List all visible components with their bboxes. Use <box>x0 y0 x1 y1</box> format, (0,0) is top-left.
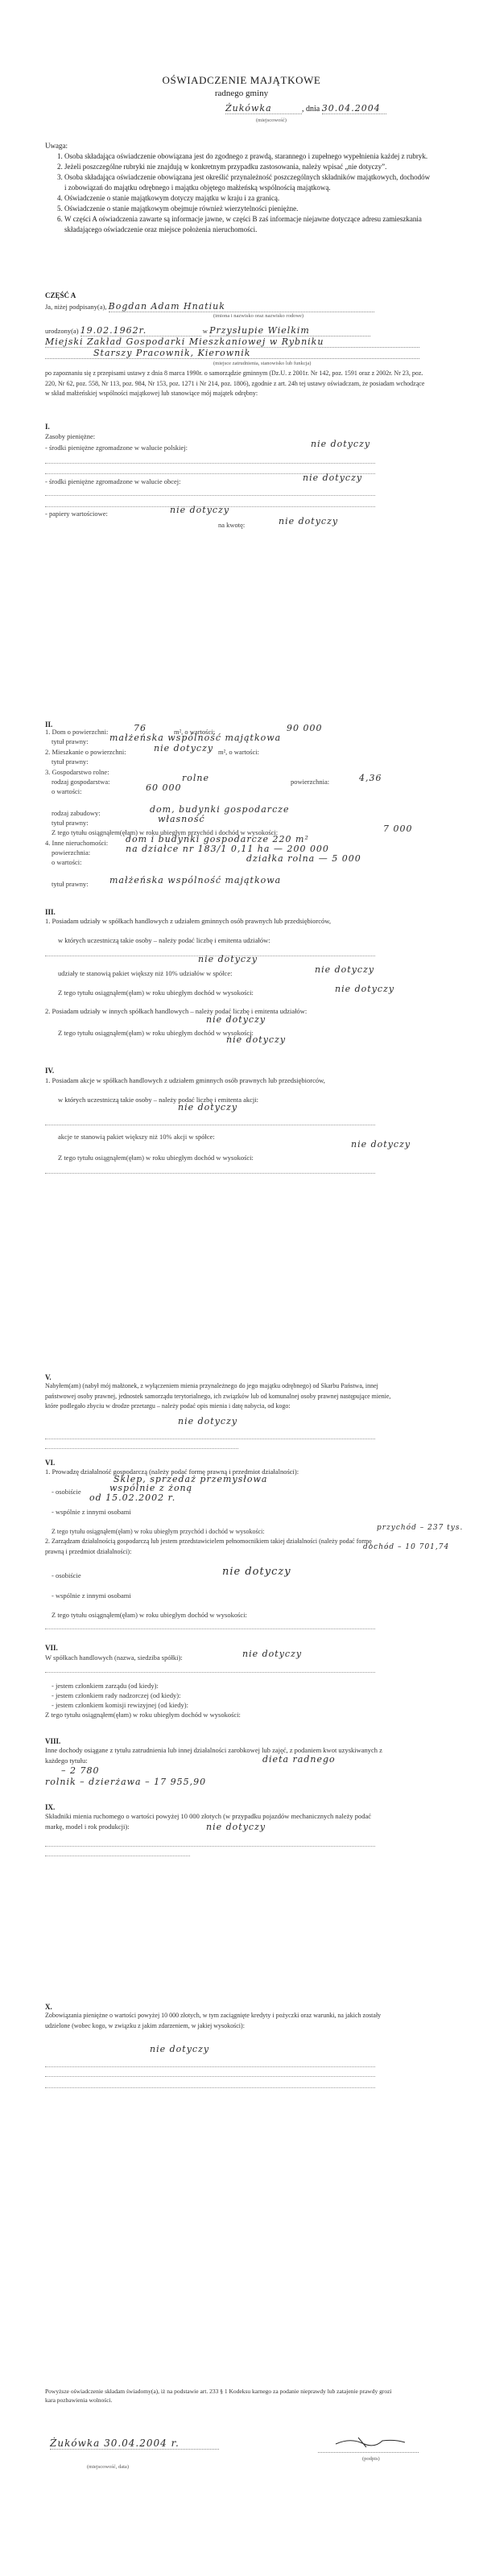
s10-value: nie dotyczy <box>150 2045 209 2054</box>
note-item: Oświadczenie o stanie majątkowym dotyczy… <box>64 193 431 204</box>
other-title-label: tytuł prawny: <box>45 880 89 888</box>
section-1-heading: I. <box>45 423 50 431</box>
note-item: Jeżeli poszczególne rubryki nie znajdują… <box>64 162 431 172</box>
born-in-label: w <box>203 327 208 335</box>
signature-caption: (podpis) <box>362 2456 380 2462</box>
section-4-heading: IV. <box>45 1067 54 1075</box>
section-5-text: Nabyłem(am) (nabył mój małżonek, z wyłąc… <box>45 1381 399 1412</box>
s7-supervisory-label: - jestem członkiem rady nadzorczej (od k… <box>45 1691 181 1699</box>
section-1-intro: Zasoby pieniężne: <box>45 431 95 442</box>
farm-worth-label: o wartości: <box>45 787 82 795</box>
buildings-label: rodzaj zabudowy: <box>45 809 101 817</box>
s7-company-value: nie dotyczy <box>242 1649 302 1659</box>
blank-line <box>45 1671 375 1673</box>
section-8-heading: VIII. <box>45 1737 60 1745</box>
date-value: 30.04.2004 <box>322 103 386 114</box>
employment-line-1: Miejski Zakład Gospodarki Mieszkaniowej … <box>45 336 419 348</box>
amount-label: na kwotę: <box>218 520 245 530</box>
other-title-row: tytuł prawny: małżeńska wspólność majątk… <box>45 879 443 889</box>
section-6-p2: 2. Zarządzam działalnością gospodarczą l… <box>45 1536 383 1557</box>
blank-line <box>45 1124 375 1125</box>
house-label: 1. Dom o powierzchni: <box>45 728 108 736</box>
signer-label: Ja, niżej podpisany(a), <box>45 303 106 311</box>
farm-area-label: powierzchnia: <box>291 777 329 786</box>
house-title-label: tytuł prawny: <box>45 737 89 745</box>
s4-p1-value: nie dotyczy <box>178 1103 237 1113</box>
s6-personal-label: - osobiście <box>45 1488 81 1496</box>
s3-p2-value: nie dotyczy <box>206 1015 266 1025</box>
other-extra-value: działka rolna — 5 000 <box>246 854 361 864</box>
s6-p2-jointly-row: - wspólnie z innymi osobami <box>45 1591 443 1600</box>
s7-audit-label: - jestem członkiem komisji rewizyjnej (o… <box>45 1701 188 1709</box>
flat-value: nie dotyczy <box>154 744 213 753</box>
s7-income-label: Z tego tytułu osiągnąłem(ęłam) w roku ub… <box>45 1711 241 1719</box>
place-caption: (miejscowość) <box>256 118 287 123</box>
blank-line <box>45 1855 190 1856</box>
farm-type-value: rolne <box>182 774 209 783</box>
s6-p2-income-label: Z tego tytułu osiągnąłem(ęłam) w roku ub… <box>45 1611 247 1619</box>
other-worth-row: o wartości: działka rolna — 5 000 <box>45 857 443 867</box>
cash-foreign-row: - środki pieniężne zgromadzone w walucie… <box>45 477 443 486</box>
notes-block: Uwaga: Osoba składająca oświadczenie obo… <box>45 141 431 235</box>
farm-worth-row: o wartości: 60 000 <box>45 786 443 796</box>
part-a-statement: po zapoznaniu się z przepisami ustawy z … <box>45 369 427 399</box>
notes-list: Osoba składająca oświadczenie obowiązana… <box>45 151 431 235</box>
footer-place-date: Żukówka 30.04.2004 r. <box>50 2438 219 2450</box>
s6-p2-personal-label: - osobiście <box>45 1571 81 1579</box>
amount-value: nie dotyczy <box>279 517 338 526</box>
house-title-row: tytuł prawny: małżeńska wspólność majątk… <box>45 737 443 746</box>
born-label: urodzony(a) <box>45 327 79 335</box>
cash-pln-label: - środki pieniężne zgromadzone w walucie… <box>45 444 188 452</box>
blank-line <box>45 1172 375 1174</box>
s6-since-value: od 15.02.2002 r. <box>89 1493 175 1503</box>
s6-p2-income-value: dochód – 10 701,74 <box>363 1542 449 1552</box>
cash-foreign-value: nie dotyczy <box>303 473 362 483</box>
flat-title-label: tytuł prawny: <box>45 758 89 766</box>
s7-board-row: - jestem członkiem zarządu (od kiedy): <box>45 1681 443 1690</box>
s3-income-value: nie dotyczy <box>335 985 394 994</box>
notes-heading: Uwaga: <box>45 141 431 151</box>
cash-pln-value: nie dotyczy <box>311 440 370 449</box>
employment-line-2: Starszy Pracownik, Kierownik <box>45 348 419 359</box>
securities-value: nie dotyczy <box>170 506 229 515</box>
place-value: Żukówka <box>225 103 302 114</box>
document-title: OŚWIADCZENIE MAJĄTKOWE <box>0 74 483 87</box>
s6-income-value: przychód – 237 tys. <box>377 1523 463 1533</box>
section-3-heading: III. <box>45 908 56 916</box>
note-item: W części A oświadczenia zawarte są infor… <box>64 214 431 235</box>
other-title-value: małżeńska wspólność majątkowa <box>109 876 281 885</box>
other-worth-label: o wartości: <box>45 858 82 866</box>
s4-income-value: nie dotyczy <box>351 1140 411 1150</box>
footer-place-date-caption: (miejscowość, data) <box>87 2464 129 2470</box>
signer-line: Ja, niżej podpisany(a), Bogdan Adam Hnat… <box>45 301 423 312</box>
section-10-text: Zobowiązania pieniężne o wartości powyże… <box>45 2011 399 2031</box>
s7-board-label: - jestem członkiem zarządu (od kiedy): <box>45 1682 159 1690</box>
s4-income-label: Z tego tytułu osiągnąłem(ęłam) w roku ub… <box>45 1154 254 1162</box>
buildings-row: rodzaj zabudowy: dom, budynki gospodarcz… <box>45 808 443 818</box>
s9-value: nie dotyczy <box>206 1823 266 1832</box>
s7-income-row: Z tego tytułu osiągnąłem(ęłam) w roku ub… <box>45 1710 443 1719</box>
s6-p2-personal-value: nie dotyczy <box>222 1567 291 1577</box>
s6-p2-personal-row: - osobiście nie dotyczy <box>45 1571 443 1580</box>
born-line: urodzony(a) 19.02.1962r. w Przysłupie Wi… <box>45 325 423 336</box>
employment-caption: (miejsce zatrudnienia, stanowisko lub fu… <box>213 361 311 366</box>
s7-supervisory-row: - jestem członkiem rady nadzorczej (od k… <box>45 1690 443 1700</box>
s8-value3: rolnik – dzierżawa – 17 955,90 <box>45 1777 206 1787</box>
s6-income-label: Z tego tytułu osiągnąłem(ęłam) w roku ub… <box>45 1528 265 1535</box>
s8-value1: dieta radnego <box>262 1755 336 1765</box>
cash-foreign-label: - środki pieniężne zgromadzone w walucie… <box>45 477 181 485</box>
farm-area-value: 4,36 <box>359 774 382 783</box>
date-label: dnia <box>306 105 320 114</box>
blank-line <box>45 2087 375 2088</box>
s6-jointly-label: - wspólnie z innymi osobami <box>45 1508 131 1516</box>
document-subtitle: radnego gminy <box>0 89 483 98</box>
section-4-p1: 1. Posiadam akcje w spółkach handlowych … <box>45 1075 383 1086</box>
blank-line <box>45 2066 375 2067</box>
blank-line <box>45 1628 375 1629</box>
note-item: Osoba składająca oświadczenie obowiązana… <box>64 172 431 193</box>
born-date: 19.02.1962r. <box>80 325 201 336</box>
flat-title-row: tytuł prawny: <box>45 757 443 766</box>
house-title-value: małżeńska wspólność majątkowa <box>109 733 281 743</box>
securities-row: - papiery wartościowe: nie dotyczy <box>45 509 443 518</box>
flat-label: 2. Mieszkanie o powierzchni: <box>45 748 126 756</box>
s3-pack-row: udziały te stanowią pakiet większy niż 1… <box>45 968 443 978</box>
s3-p2-income-value: nie dotyczy <box>226 1035 286 1045</box>
other-label: 4. Inne nieruchomości: <box>45 839 108 847</box>
born-place: Przysłupie Wielkim <box>209 325 370 336</box>
section-10-heading: X. <box>45 2003 52 2011</box>
s8-value2: – 2 780 <box>61 1766 100 1776</box>
s5-value: nie dotyczy <box>178 1417 237 1426</box>
s3-pack-label: udziały te stanowią pakiet większy niż 1… <box>45 969 232 977</box>
farm-income-value: 7 000 <box>383 824 413 834</box>
buildings-title-value: własność <box>158 815 205 824</box>
place-date-line: Żukówka, dnia 30.04.2004 <box>225 103 435 114</box>
signer-caption: (imiona i nazwisko oraz nazwisko rodowe) <box>213 313 303 319</box>
house-value: 90 000 <box>287 724 323 733</box>
securities-label: - papiery wartościowe: <box>45 510 108 518</box>
signature-field <box>318 2439 419 2453</box>
note-item: Osoba składająca oświadczenie obowiązana… <box>64 151 431 162</box>
section-3-p1b: w których uczestniczą takie osoby – nale… <box>58 935 380 946</box>
s6-jointly-row: - wspólnie z innymi osobami <box>45 1507 443 1517</box>
s3-pack-value: nie dotyczy <box>315 965 374 975</box>
section-7-heading: VII. <box>45 1644 58 1652</box>
farm-row: 3. Gospodarstwo rolne: <box>45 767 443 777</box>
s7-audit-row: - jestem członkiem komisji rewizyjnej (o… <box>45 1700 443 1710</box>
flat-row: 2. Mieszkanie o powierzchni: nie dotyczy… <box>45 747 443 757</box>
section-5-heading: V. <box>45 1373 52 1381</box>
signature-scribble-icon <box>334 2436 407 2449</box>
s7-company-row: W spółkach handlowych (nazwa, siedziba s… <box>45 1653 443 1662</box>
section-6-heading: VI. <box>45 1459 55 1467</box>
blank-line <box>45 462 375 464</box>
farm-worth-value: 60 000 <box>146 783 182 793</box>
farm-label: 3. Gospodarstwo rolne: <box>45 768 109 776</box>
s6-p2-jointly-label: - wspólnie z innymi osobami <box>45 1591 131 1600</box>
farm-type-label: rodzaj gospodarstwa: <box>45 778 109 786</box>
other-area-row: powierzchnia: na działce nr 183/1 0,11 h… <box>45 848 443 857</box>
section-9-heading: IX. <box>45 1803 55 1811</box>
blank-line <box>45 1447 238 1449</box>
s7-company-label: W spółkach handlowych (nazwa, siedziba s… <box>45 1653 183 1662</box>
signer-value: Bogdan Adam Hnatiuk <box>109 301 374 312</box>
flat-unit: m², o wartości: <box>218 747 259 757</box>
blank-line <box>45 1438 375 1439</box>
cash-pln-row: - środki pieniężne zgromadzone w walucie… <box>45 443 443 452</box>
other-area-label: powierzchnia: <box>45 848 90 857</box>
s4-pack-label: akcje te stanowią pakiet większy niż 10%… <box>45 1133 215 1141</box>
blank-line <box>45 1845 375 1847</box>
s6-p2-income-label-row: Z tego tytułu osiągnąłem(ęłam) w roku ub… <box>45 1610 443 1620</box>
s3-income-row: Z tego tytułu osiągnąłem(ęłam) w roku ub… <box>45 988 443 997</box>
s3-p1-value: nie dotyczy <box>198 955 258 964</box>
footer-statement: Powyższe oświadczenie składam świadomy(a… <box>45 2387 399 2405</box>
s3-income-label: Z tego tytułu osiągnąłem(ęłam) w roku ub… <box>45 989 254 997</box>
part-a-heading: CZĘŚĆ A <box>45 291 76 299</box>
s3-p2-income-label: Z tego tytułu osiągnąłem(ęłam) w roku ub… <box>45 1029 254 1037</box>
blank-line <box>45 494 375 496</box>
section-3-p1: 1. Posiadam udziały w spółkach handlowyc… <box>45 916 383 927</box>
note-item: Oświadczenie o stanie majątkowym obejmuj… <box>64 204 431 214</box>
blank-line <box>45 2075 375 2077</box>
farm-type-row: rodzaj gospodarstwa: rolne powierzchnia:… <box>45 777 443 786</box>
buildings-title-label: tytuł prawny: <box>45 819 89 827</box>
s4-income-row: Z tego tytułu osiągnąłem(ęłam) w roku ub… <box>45 1153 443 1162</box>
